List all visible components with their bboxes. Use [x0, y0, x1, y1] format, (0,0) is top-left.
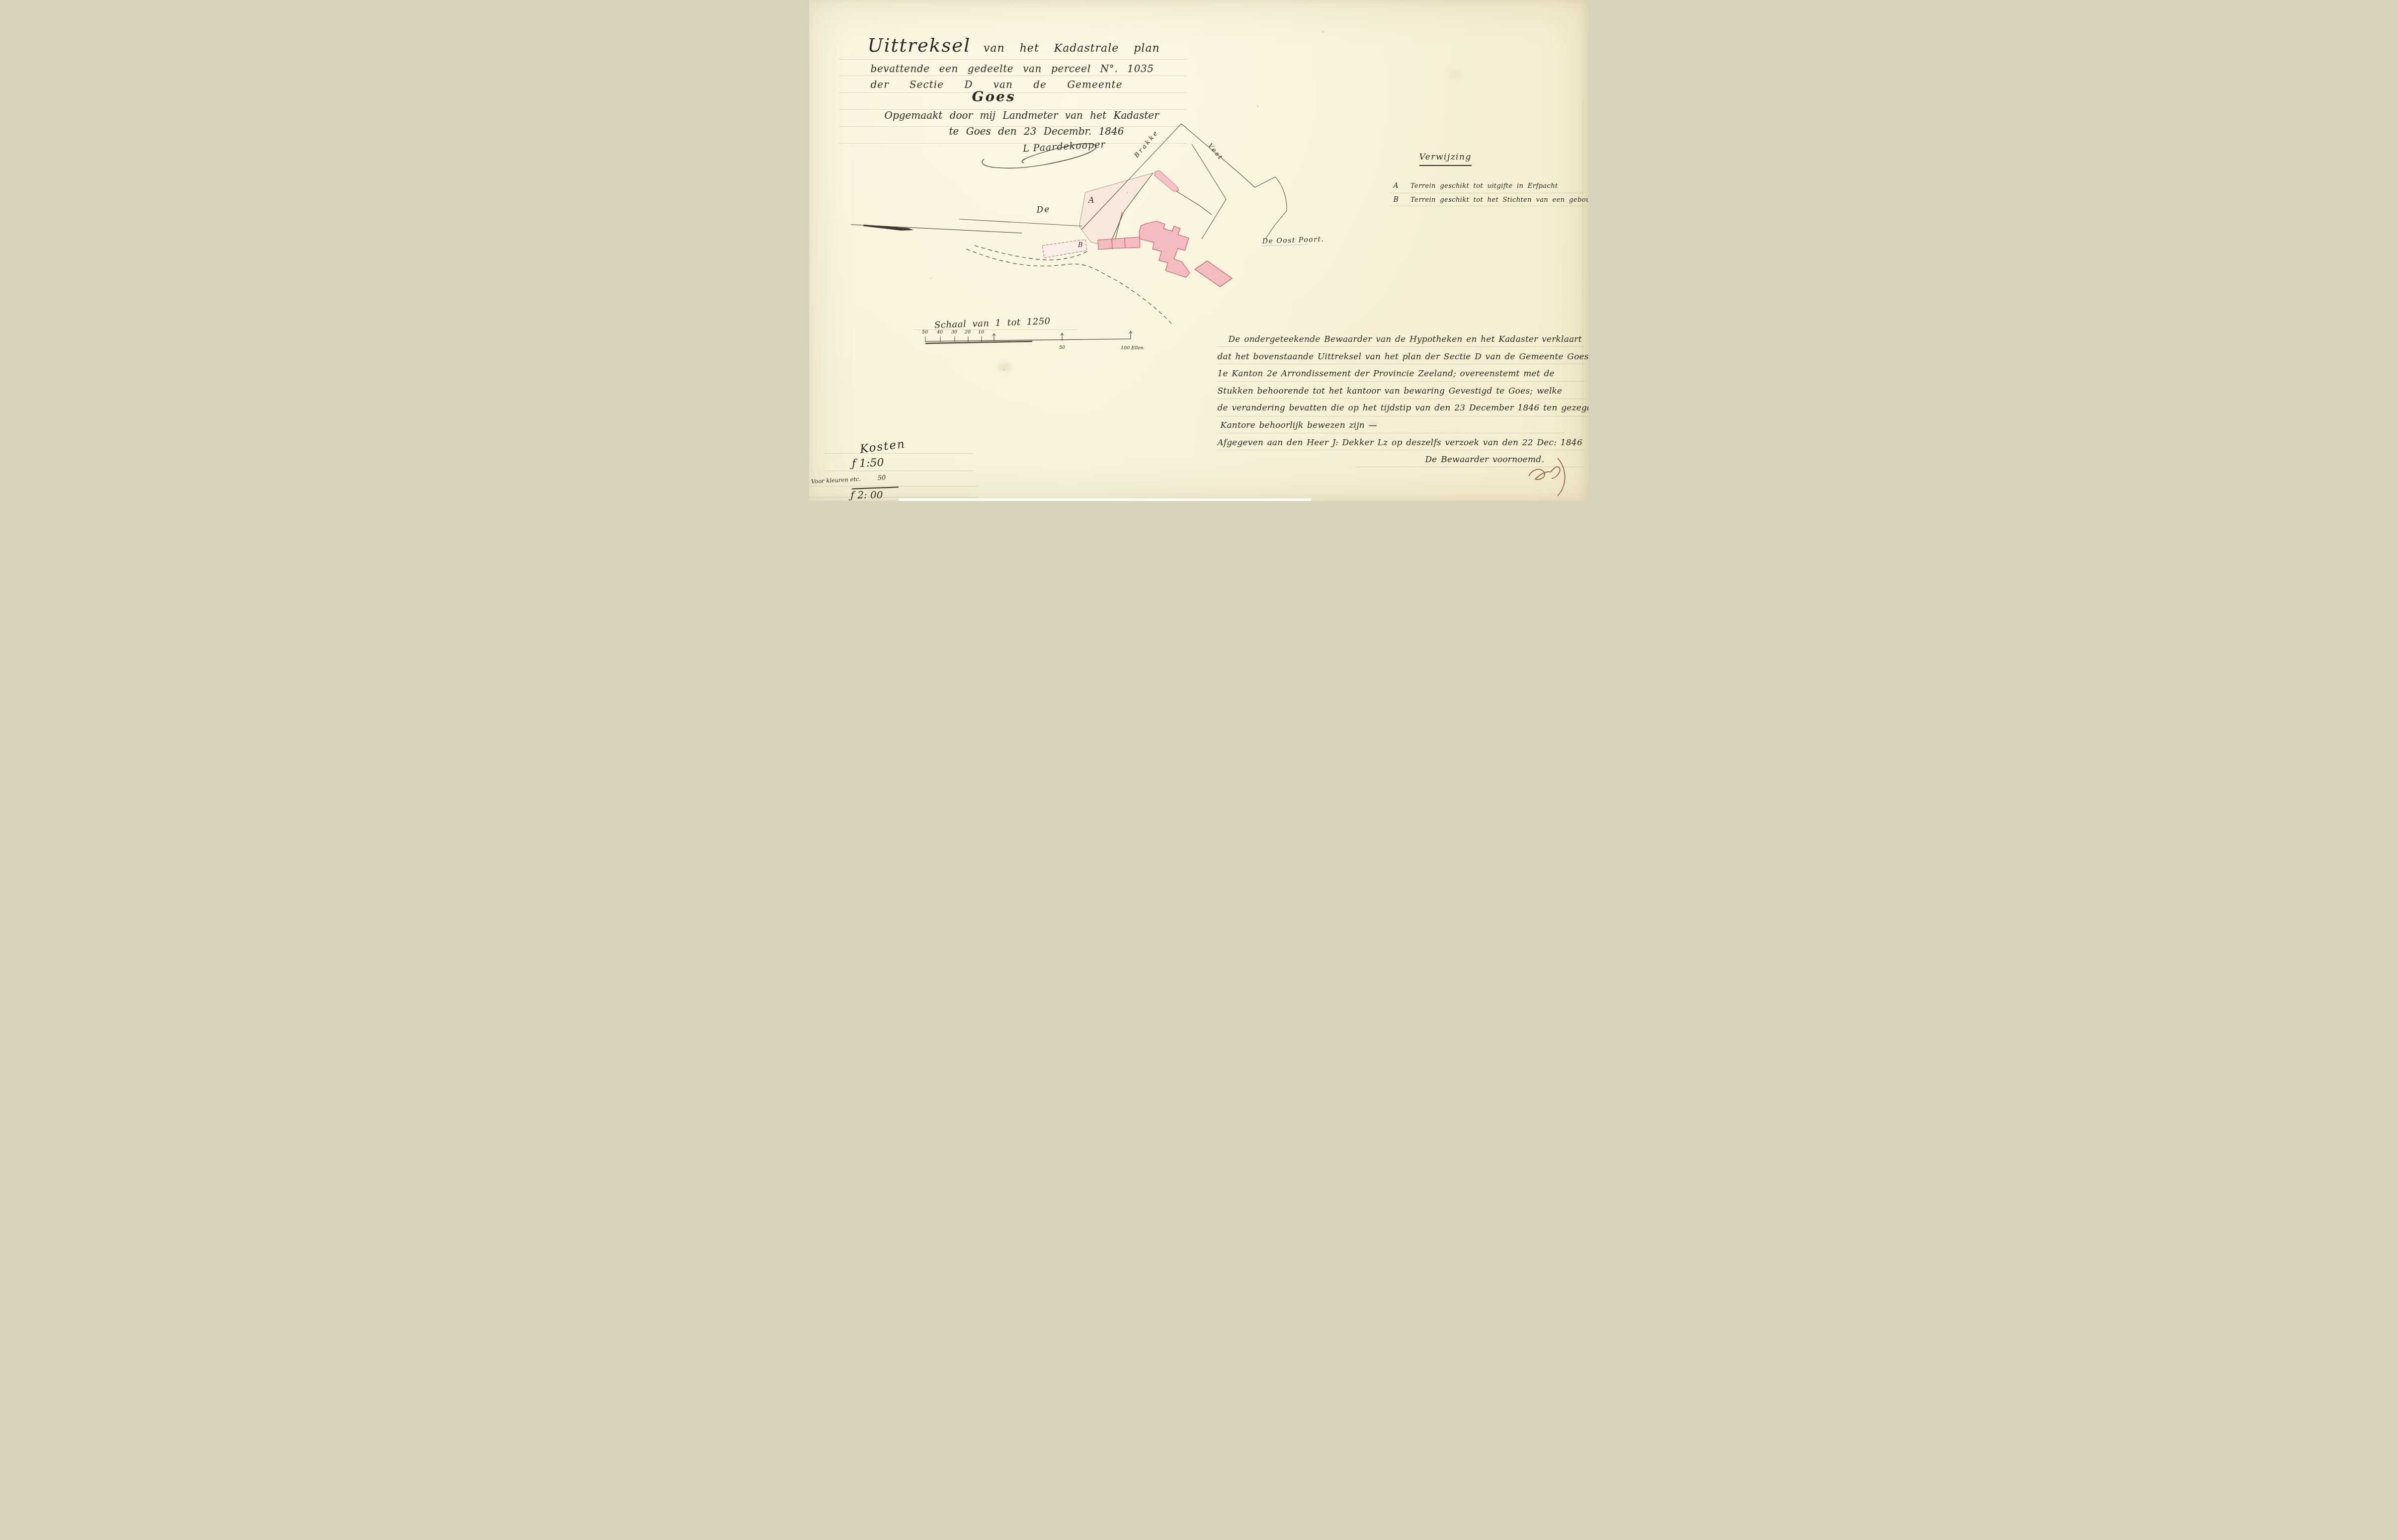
certification-line: 1e Kanton 2e Arrondissement der Provinci…	[1218, 365, 1588, 383]
legend-text-b: Terrein geschikt tot het Stichten van ee…	[1410, 196, 1588, 204]
certification-line: Kantore behoorlijk bewezen zijn —	[1218, 417, 1588, 434]
certification-line: dat het bovenstaande Uittreksel van het …	[1218, 348, 1588, 366]
certification-block: De ondergeteekende Bewaarder van de Hypo…	[1218, 331, 1588, 469]
building	[1112, 238, 1125, 248]
scan-edge	[899, 498, 1311, 501]
gate-label-oost-poort: De Oost Poort.	[1261, 236, 1324, 245]
legend-text-a: Terrein geschikt tot uitgifte in Erfpach…	[1410, 182, 1558, 190]
scale-tick-label: 50	[921, 329, 927, 335]
scale-tick-label: 30	[951, 329, 957, 335]
red-strip-parcel	[1155, 170, 1179, 191]
costs-total: ƒ 2: 00	[851, 489, 883, 501]
title-line-1: Uittreksel van het Kadastrale plan	[868, 35, 1160, 56]
vest-corner-line	[1240, 173, 1275, 187]
title-word-uittreksel: Uittreksel	[868, 35, 971, 56]
street-label-de: De	[1035, 204, 1050, 215]
building	[1098, 239, 1112, 249]
street-label-brakke: Brakke	[1132, 129, 1160, 160]
street-de-line	[959, 219, 1082, 226]
costs-note-amount: 50	[877, 474, 886, 482]
street-label-vest: Vest	[1206, 142, 1224, 162]
scale-right-label: 100 Ellen	[1121, 345, 1144, 351]
parcel-label-a: A	[1087, 195, 1094, 205]
legend-item-b: B Terrein geschikt tot het Stichten van …	[1394, 196, 1588, 204]
certification-closing: De Bewaarder voornoemd.	[1218, 451, 1588, 469]
legend-item-a: A Terrein geschikt tot uitgifte in Erfpa…	[1394, 182, 1558, 190]
certification-line: de verandering bevatten die op het tijds…	[1218, 400, 1588, 417]
legend-key-a: A	[1394, 182, 1406, 190]
building-cluster	[1139, 221, 1190, 277]
east-boundary-curve	[1265, 177, 1287, 239]
parcel-label-b: B	[1077, 242, 1083, 249]
title-municipality: Goes	[972, 88, 1016, 105]
title-line-2: bevattende een gedeelte van perceel N°. …	[871, 63, 1154, 75]
dashed-road-lines	[966, 245, 1171, 324]
building	[1125, 237, 1140, 248]
scale-mid-label: 50	[1059, 345, 1065, 350]
pen-stroke-flourish	[851, 225, 1022, 233]
scale-tick-label: 20	[964, 329, 970, 335]
certification-line: Afgegeven aan den Heer J: Dekker Lz op d…	[1218, 434, 1588, 452]
costs-amount: ƒ 1:50	[851, 457, 884, 470]
certification-line: Stukken behoorende tot het kantoor van b…	[1218, 383, 1588, 400]
scale-bar: 50 40 30 20 10 50 100 Ellen	[921, 329, 1143, 351]
certification-line: De ondergeteekende Bewaarder van de Hypo…	[1218, 331, 1588, 348]
title-line-4: Opgemaakt door mij Landmeter van het Kad…	[885, 109, 1159, 121]
cadastral-extract-page: De Brakke Vest A B De Oost Poort.	[809, 0, 1588, 501]
title-line-5: te Goes den 23 Decembr. 1846	[949, 125, 1124, 137]
scale-tick-label: 10	[978, 329, 984, 335]
legend-key-b: B	[1394, 196, 1406, 204]
dashed-curve	[966, 249, 1171, 324]
parcel-line	[1173, 189, 1212, 215]
title-line-1-rest: van het Kadastrale plan	[984, 42, 1160, 55]
scale-arrows	[992, 331, 1132, 341]
legend-heading: Verwijzing	[1419, 152, 1472, 166]
detached-building	[1195, 261, 1232, 287]
